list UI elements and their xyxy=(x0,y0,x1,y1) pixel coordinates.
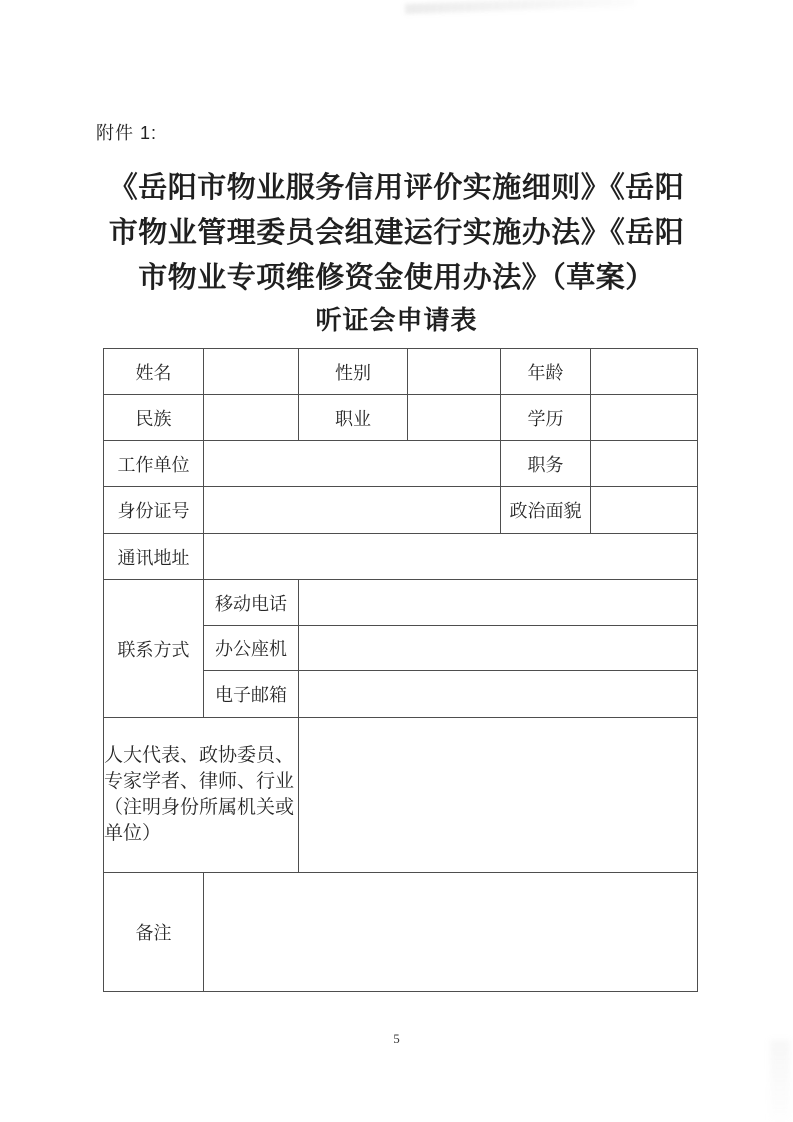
id-number-value-cell xyxy=(204,487,501,534)
mailing-address-value-cell xyxy=(204,534,698,580)
representative-label: 人大代表、政协委员、 专家学者、律师、行业 （注明身份所属机关或 单位） xyxy=(104,718,299,873)
office-phone-label: 办公座机 xyxy=(204,626,299,671)
email-label: 电子邮箱 xyxy=(204,671,299,718)
remarks-value-cell xyxy=(204,873,698,992)
scan-artifact xyxy=(405,0,635,14)
form-title: 听证会申请表 xyxy=(0,300,793,337)
work-unit-value-cell xyxy=(204,441,501,487)
name-label: 姓名 xyxy=(104,349,204,395)
title-line-3: 市物业专项维修资金使用办法》（草案） xyxy=(0,256,793,301)
gender-value-cell xyxy=(408,349,501,395)
remarks-label: 备注 xyxy=(104,873,204,992)
table-row: 姓名 性别 年龄 xyxy=(104,349,698,395)
representative-label-line-4: 单位） xyxy=(104,821,298,847)
contact-method-label: 联系方式 xyxy=(104,580,204,718)
representative-label-line-2: 专家学者、律师、行业 xyxy=(104,769,298,795)
table-row: 备注 xyxy=(104,873,698,992)
application-form-table: 姓名 性别 年龄 民族 职业 学历 工作单位 职务 xyxy=(103,348,698,992)
representative-label-line-1: 人大代表、政协委员、 xyxy=(104,743,298,769)
political-status-value-cell xyxy=(591,487,698,534)
work-unit-label: 工作单位 xyxy=(104,441,204,487)
education-value-cell xyxy=(591,395,698,441)
age-value-cell xyxy=(591,349,698,395)
education-label: 学历 xyxy=(501,395,591,441)
title-line-1: 《岳阳市物业服务信用评价实施细则》《岳阳 xyxy=(0,166,793,211)
mobile-phone-label: 移动电话 xyxy=(204,580,299,626)
position-value-cell xyxy=(591,441,698,487)
representative-value-cell xyxy=(299,718,698,873)
age-label: 年龄 xyxy=(501,349,591,395)
table-row: 身份证号 政治面貌 xyxy=(104,487,698,534)
table-row: 通讯地址 xyxy=(104,534,698,580)
occupation-label: 职业 xyxy=(299,395,408,441)
political-status-label: 政治面貌 xyxy=(501,487,591,534)
gender-label: 性别 xyxy=(299,349,408,395)
position-label: 职务 xyxy=(501,441,591,487)
mailing-address-label: 通讯地址 xyxy=(104,534,204,580)
ethnicity-value-cell xyxy=(204,395,299,441)
occupation-value-cell xyxy=(408,395,501,441)
scan-artifact xyxy=(770,1040,790,1120)
table-row: 工作单位 职务 xyxy=(104,441,698,487)
mobile-phone-value-cell xyxy=(299,580,698,626)
representative-label-line-3: （注明身份所属机关或 xyxy=(104,795,298,821)
ethnicity-label: 民族 xyxy=(104,395,204,441)
attachment-label: 附件 1: xyxy=(96,119,157,145)
table-row: 人大代表、政协委员、 专家学者、律师、行业 （注明身份所属机关或 单位） xyxy=(104,718,698,873)
document-page: 附件 1: 《岳阳市物业服务信用评价实施细则》《岳阳 市物业管理委员会组建运行实… xyxy=(0,0,793,1122)
name-value-cell xyxy=(204,349,299,395)
id-number-label: 身份证号 xyxy=(104,487,204,534)
table-row: 联系方式 移动电话 xyxy=(104,580,698,626)
title-line-2: 市物业管理委员会组建运行实施办法》《岳阳 xyxy=(0,211,793,256)
office-phone-value-cell xyxy=(299,626,698,671)
document-title: 《岳阳市物业服务信用评价实施细则》《岳阳 市物业管理委员会组建运行实施办法》《岳… xyxy=(0,166,793,301)
table-row: 民族 职业 学历 xyxy=(104,395,698,441)
email-value-cell xyxy=(299,671,698,718)
page-number: 5 xyxy=(0,1031,793,1047)
